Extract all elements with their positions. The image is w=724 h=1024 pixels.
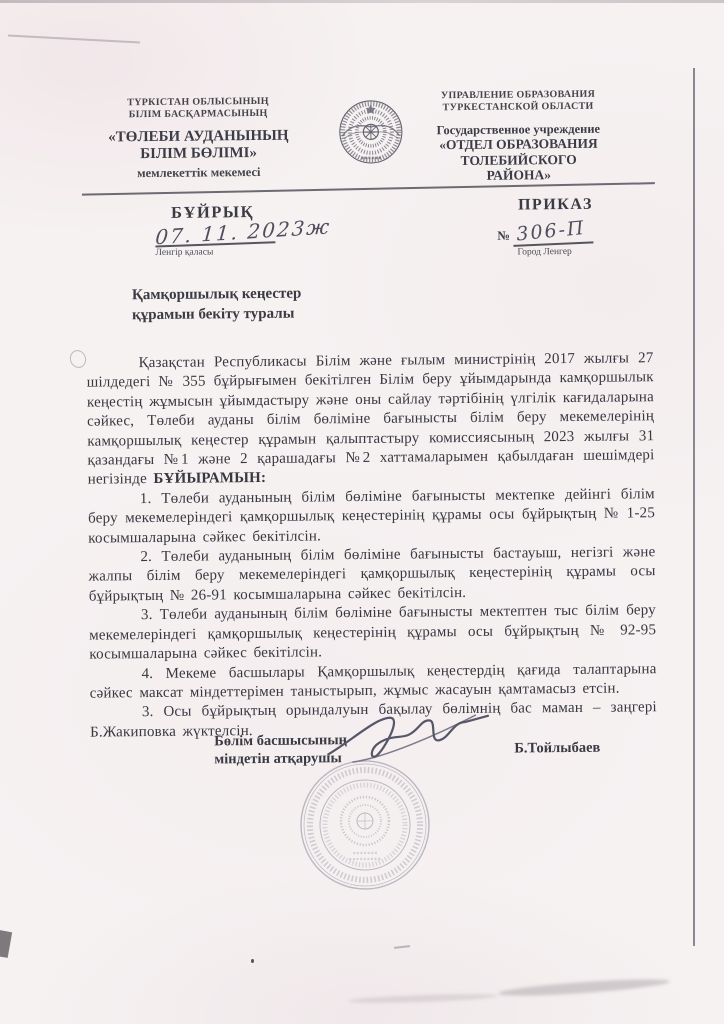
order-item: 1. Төлеби ауданының білім бөліміне бағын… (88, 485, 656, 549)
parent-org-line: БІЛІМ БАСҚАРМАСЫНЫҢ (99, 107, 297, 120)
letterhead-russian: УПРАВЛЕНИЕ ОБРАЗОВАНИЯ ТУРКЕСТАНСКОЙ ОБЛ… (436, 89, 601, 184)
org-name-line: ТОЛЕБИЙСКОГО РАЙОНА» (437, 152, 601, 185)
signer-name: Б.Тойлыбаев (514, 740, 600, 758)
order-date-block: 07. 11. 2023ж Ленгір қаласы (155, 221, 280, 258)
subject-line: Қамқоршылық кеңестер (132, 285, 302, 306)
state-emblem-icon (337, 98, 405, 166)
order-item: 4. Мекеме басшылары Қамқоршылық кеңестер… (89, 660, 656, 704)
order-item: 3. Төлеби ауданының білім бөліміне бағын… (89, 601, 657, 665)
parent-org-line: ТУРКЕСТАНСКОЙ ОБЛАСТИ (436, 100, 600, 113)
org-name-line: БІЛІМ БӨЛІМІ» (99, 145, 297, 164)
order-body: Қазақстан Республикасы Білім және ғылым … (86, 349, 657, 743)
document-content: ТҮРКІСТАН ОБЛЫСЫНЫҢ БІЛІМ БАСҚАРМАСЫНЫҢ … (0, 0, 724, 1024)
order-item: 2. Төлеби ауданының білім бөліміне бағын… (88, 543, 656, 607)
parent-org-line: УПРАВЛЕНИЕ ОБРАЗОВАНИЯ (436, 89, 600, 102)
scanned-order-document: ТҮРКІСТАН ОБЛЫСЫНЫҢ БІЛІМ БАСҚАРМАСЫНЫҢ … (0, 0, 724, 1024)
org-name-line: «ТӨЛЕБИ АУДАНЫНЫҢ (99, 128, 297, 147)
org-type-line: мемлекеттік мекемесі (100, 164, 298, 180)
letterhead-kazakh: ТҮРКІСТАН ОБЛЫСЫНЫҢ БІЛІМ БАСҚАРМАСЫНЫҢ … (99, 96, 298, 181)
order-number-block: № 306-П Город Ленгер (497, 220, 593, 258)
order-subject: Қамқоршылық кеңестер құрамын бекіту тура… (132, 285, 302, 326)
org-name-line: «ОТДЕЛ ОБРАЗОВАНИЯ (436, 136, 600, 153)
subject-line: құрамын бекіту туралы (132, 304, 302, 325)
gov-institution-line: Государственное учреждение (436, 122, 600, 138)
place-label-russian: Город Ленгер (517, 246, 593, 257)
order-intro-paragraph: Қазақстан Республикасы Білім және ғылым … (86, 349, 654, 490)
official-stamp-icon (296, 756, 433, 893)
order-title-russian: ПРИКАЗ (518, 196, 593, 215)
intro-text: Қазақстан Республикасы Білім және ғылым … (87, 350, 655, 488)
header-divider (82, 182, 655, 196)
number-sign: № (497, 229, 510, 244)
order-verb-bold: БҰЙЫРАМЫН: (153, 470, 266, 487)
